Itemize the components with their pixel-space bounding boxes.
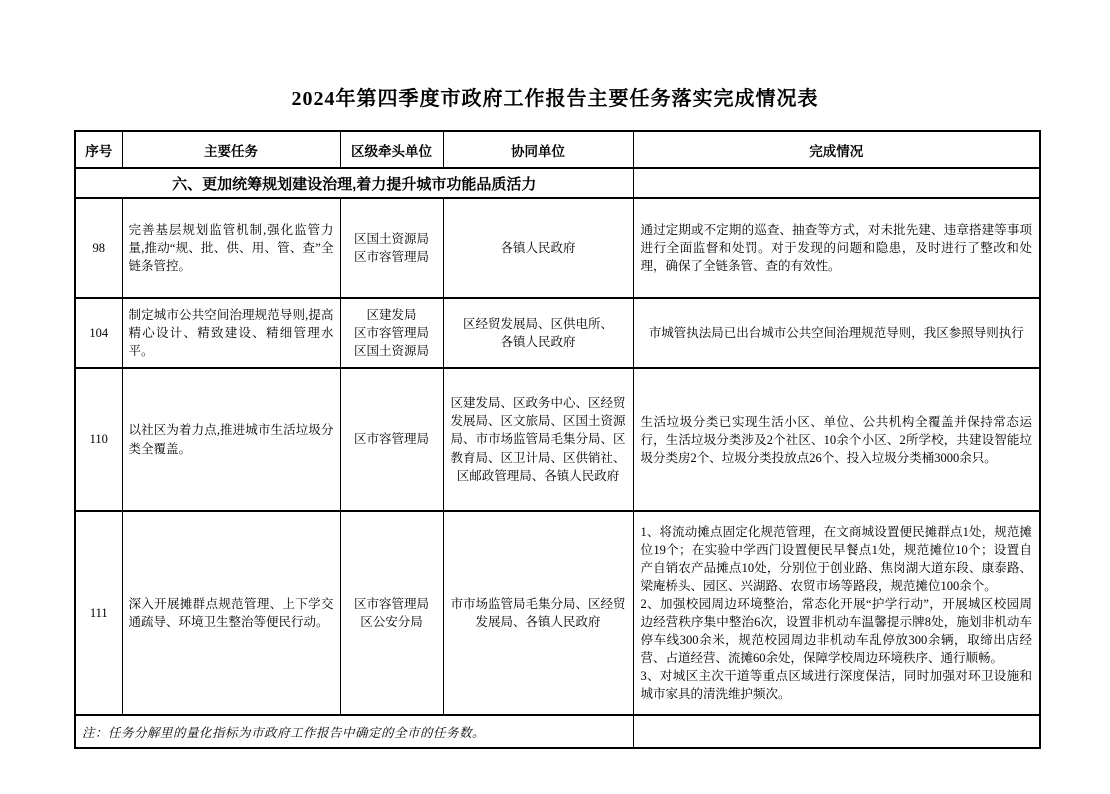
- col-header-coop-unit: 协同单位: [443, 131, 633, 168]
- row-task: 制定城市公共空间治理规范导则,提高精心设计、精致建设、精细管理水平。: [122, 298, 340, 368]
- row-lead-unit: 区市容管理局: [340, 368, 443, 511]
- table-row-111: 111 深入开展摊群点规范管理、上下学交通疏导、环境卫生整治等便民行动。 区市容…: [75, 511, 1040, 715]
- note-empty-cell: [633, 715, 1040, 748]
- row-coop-unit: 区经贸发展局、区供电所、 各镇人民政府: [443, 298, 633, 368]
- row-completion: 通过定期或不定期的巡查、抽查等方式，对未批先建、违章搭建等事项进行全面监督和处罚…: [633, 198, 1040, 298]
- section-row: 六、更加统筹规划建设治理,着力提升城市功能品质活力: [75, 168, 1040, 198]
- row-task: 以社区为着力点,推进城市生活垃圾分类全覆盖。: [122, 368, 340, 511]
- row-seq: 104: [75, 298, 122, 368]
- row-seq: 111: [75, 511, 122, 715]
- row-task: 完善基层规划监管机制,强化监管力量,推动“规、批、供、用、管、查”全链条管控。: [122, 198, 340, 298]
- table-row-104: 104 制定城市公共空间治理规范导则,提高精心设计、精致建设、精细管理水平。 区…: [75, 298, 1040, 368]
- row-coop-unit: 市市场监管局毛集分局、区经贸 发展局、各镇人民政府: [443, 511, 633, 715]
- row-task: 深入开展摊群点规范管理、上下学交通疏导、环境卫生整治等便民行动。: [122, 511, 340, 715]
- col-header-completion: 完成情况: [633, 131, 1040, 168]
- col-header-lead-unit: 区级牵头单位: [340, 131, 443, 168]
- row-lead-unit: 区建发局 区市容管理局 区国土资源局: [340, 298, 443, 368]
- col-header-task: 主要任务: [122, 131, 340, 168]
- row-lead-unit: 区市容管理局 区公安分局: [340, 511, 443, 715]
- document-page: 2024年第四季度市政府工作报告主要任务落实完成情况表 序号 主要任务 区级牵头…: [0, 0, 1110, 794]
- page-title: 2024年第四季度市政府工作报告主要任务落实完成情况表: [0, 0, 1110, 112]
- row-lead-unit: 区国土资源局 区市容管理局: [340, 198, 443, 298]
- row-completion: 生活垃圾分类已实现生活小区、单位、公共机构全覆盖并保持常态运行，生活垃圾分类涉及…: [633, 368, 1040, 511]
- note-row: 注：任务分解里的量化指标为市政府工作报告中确定的全市的任务数。: [75, 715, 1040, 748]
- table-row-98: 98 完善基层规划监管机制,强化监管力量,推动“规、批、供、用、管、查”全链条管…: [75, 198, 1040, 298]
- row-coop-unit: 各镇人民政府: [443, 198, 633, 298]
- task-table: 序号 主要任务 区级牵头单位 协同单位 完成情况 六、更加统筹规划建设治理,着力…: [74, 130, 1041, 749]
- row-seq: 98: [75, 198, 122, 298]
- table-row-110: 110 以社区为着力点,推进城市生活垃圾分类全覆盖。 区市容管理局 区建发局、区…: [75, 368, 1040, 511]
- row-completion: 1、将流动摊点固定化规范管理，在文商城设置便民摊群点1处，规范摊位19个；在实验…: [633, 511, 1040, 715]
- row-completion: 市城管执法局已出台城市公共空间治理规范导则，我区参照导则执行: [633, 298, 1040, 368]
- row-seq: 110: [75, 368, 122, 511]
- table-header-row: 序号 主要任务 区级牵头单位 协同单位 完成情况: [75, 131, 1040, 168]
- section-empty-cell: [633, 168, 1040, 198]
- col-header-seq: 序号: [75, 131, 122, 168]
- row-coop-unit: 区建发局、区政务中心、区经贸 发展局、区文旅局、区国土资源 局、市市场监管局毛集…: [443, 368, 633, 511]
- section-title: 六、更加统筹规划建设治理,着力提升城市功能品质活力: [75, 168, 633, 198]
- table-note: 注：任务分解里的量化指标为市政府工作报告中确定的全市的任务数。: [75, 715, 633, 748]
